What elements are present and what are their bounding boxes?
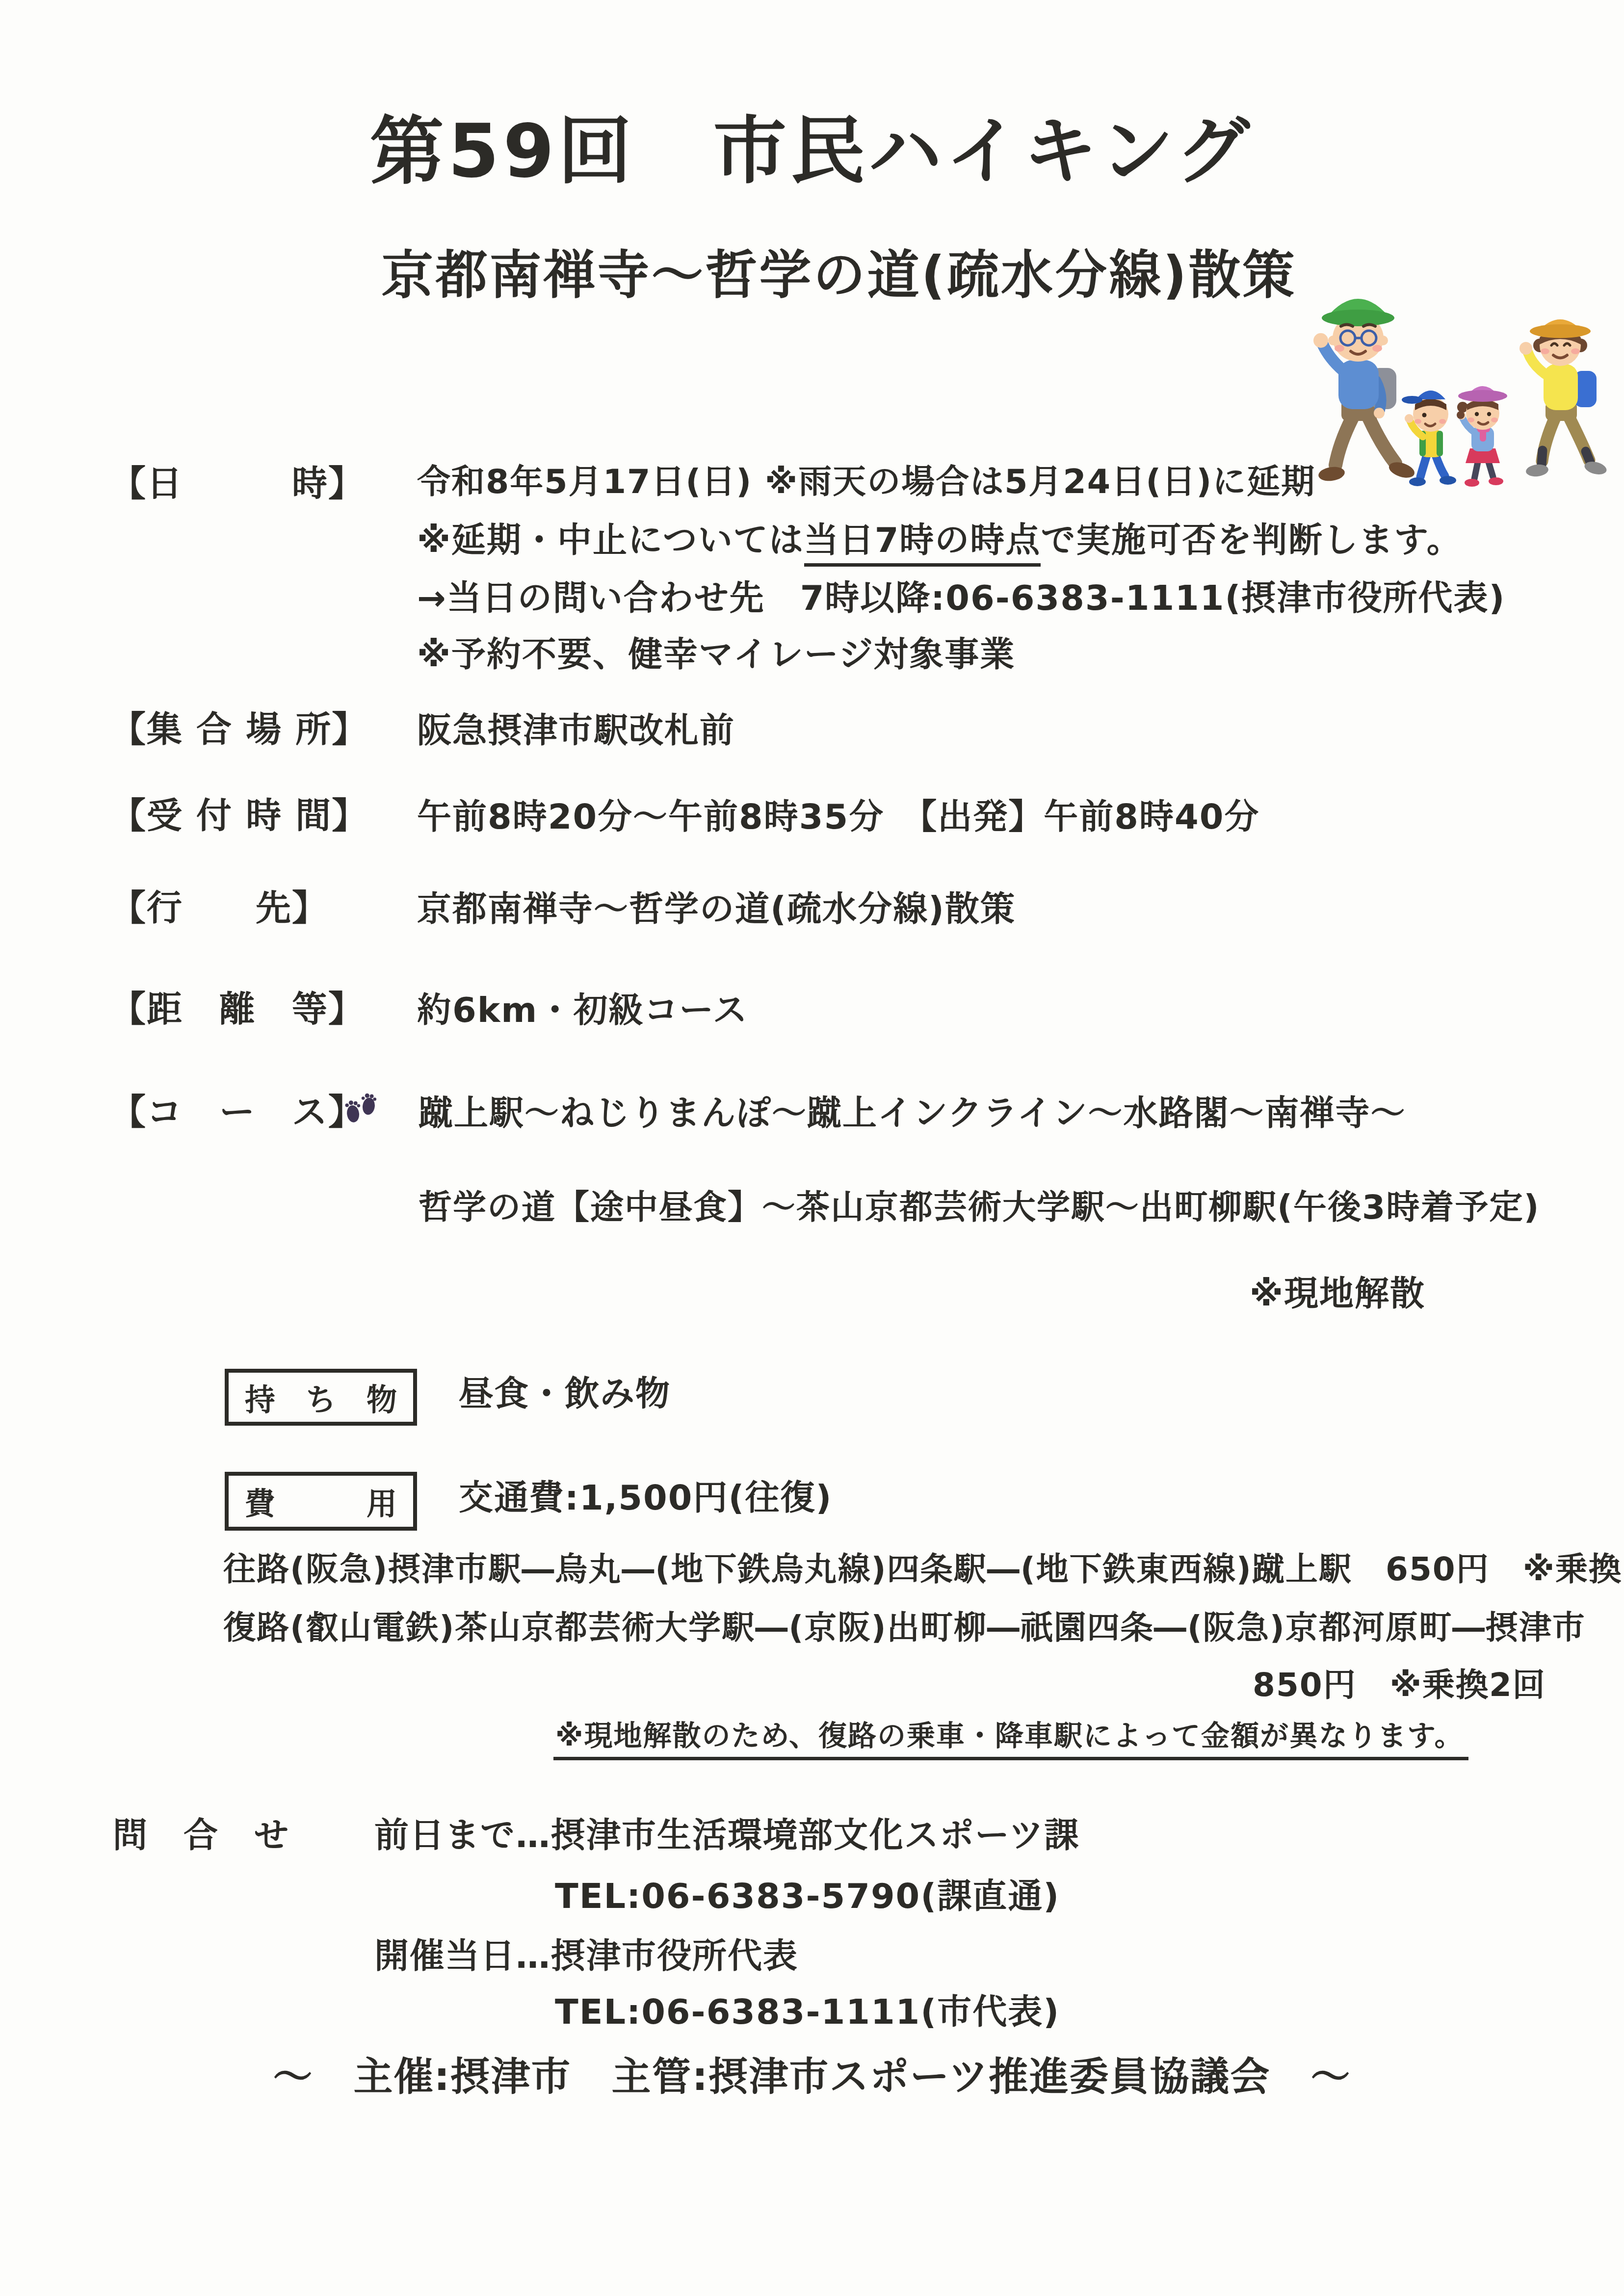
inquiry-day-line: 開催当日…摂津市役所代表: [374, 1937, 798, 1975]
inquiry-label: 問 合 せ: [113, 1816, 289, 1854]
datetime-reservation-line: ※予約不要、健幸マイレージ対象事業: [417, 635, 1015, 674]
course-line2: 哲学の道【途中昼食】〜茶山京都芸術大学駅〜出町柳駅(午後3時着予定): [419, 1189, 1540, 1226]
reception-label: 【受 付 時 間】: [110, 796, 368, 835]
datetime-postpone-note: ※延期・中止については当日7時の時点で実施可否を判断します。: [417, 521, 1462, 559]
destination-label: 【行 先】: [110, 888, 328, 928]
course-line1: 蹴上駅〜ねじりまんぽ〜蹴上インクライン〜水路閣〜南禅寺〜: [419, 1094, 1406, 1132]
inquiry-day-tel: TEL:06-6383-1111(市代表): [555, 1993, 1060, 2031]
distance-label: 【距 離 等】: [110, 989, 365, 1029]
dismissal-note: ※現地解散: [1250, 1275, 1425, 1313]
note-pre: ※延期・中止については: [417, 520, 804, 560]
meeting-value: 阪急摂津市駅改札前: [417, 711, 735, 750]
mother-figure: [1519, 319, 1608, 477]
footer-organizer: 〜 主催:摂津市 主管:摂津市スポーツ推進委員協議会 〜: [0, 2055, 1624, 2099]
hiking-family-illustration: [1284, 271, 1620, 497]
belongings-label: 持 ち 物: [245, 1376, 397, 1419]
cost-label-box: 費 用: [225, 1472, 417, 1531]
cost-value: 交通費:1,500円(往復): [459, 1479, 832, 1517]
fare-outbound-line: 往路(阪急)摂津市駅―烏丸―(地下鉄烏丸線)四条駅―(地下鉄東西線)蹴上駅 65…: [223, 1551, 1624, 1588]
datetime-date-line: 令和8年5月17日(日) ※雨天の場合は5月24日(日)に延期: [417, 464, 1315, 501]
note-underlined: 当日7時の時点: [804, 520, 1041, 567]
course-label: 【コ ー ス】: [110, 1092, 365, 1132]
note-post: で実施可否を判断します。: [1041, 520, 1462, 560]
father-figure: [1313, 299, 1416, 483]
fare-note-text: ※現地解散のため、復路の乗車・降車駅によって金額が異なります。: [553, 1719, 1468, 1760]
meeting-label: 【集 合 場 所】: [110, 709, 368, 749]
fare-return-amount: 850円 ※乗換2回: [1253, 1667, 1546, 1703]
belongings-value: 昼食・飲み物: [459, 1375, 671, 1413]
inquiry-before-line: 前日まで…摂津市生活環境部文化スポーツ課: [374, 1816, 1079, 1854]
destination-value: 京都南禅寺〜哲学の道(疏水分線)散策: [417, 890, 1016, 928]
page-title: 第59回 市民ハイキング: [0, 110, 1624, 193]
distance-value: 約6km・初級コース: [417, 991, 748, 1029]
belongings-label-box: 持 ち 物: [225, 1369, 417, 1426]
reception-value: 午前8時20分〜午前8時35分 【出発】午前8時40分: [417, 798, 1259, 836]
cost-label: 費 用: [245, 1480, 397, 1523]
fare-note: ※現地解散のため、復路の乗車・降車駅によって金額が異なります。: [553, 1720, 1468, 1752]
datetime-label: 【日 時】: [110, 464, 365, 503]
datetime-contact-line: →当日の問い合わせ先 7時以降:06-6383-1111(摂津市役所代表): [417, 579, 1506, 617]
footprints-icon: [342, 1090, 379, 1126]
inquiry-before-tel: TEL:06-6383-5790(課直通): [555, 1877, 1060, 1915]
flyer-page: 第59回 市民ハイキング 京都南禅寺〜哲学の道(疏水分線)散策: [0, 0, 1624, 2296]
fare-return-line: 復路(叡山電鉄)茶山京都芸術大学駅―(京阪)出町柳―祇園四条―(阪急)京都河原町…: [223, 1610, 1586, 1646]
girl-figure: [1457, 386, 1507, 487]
